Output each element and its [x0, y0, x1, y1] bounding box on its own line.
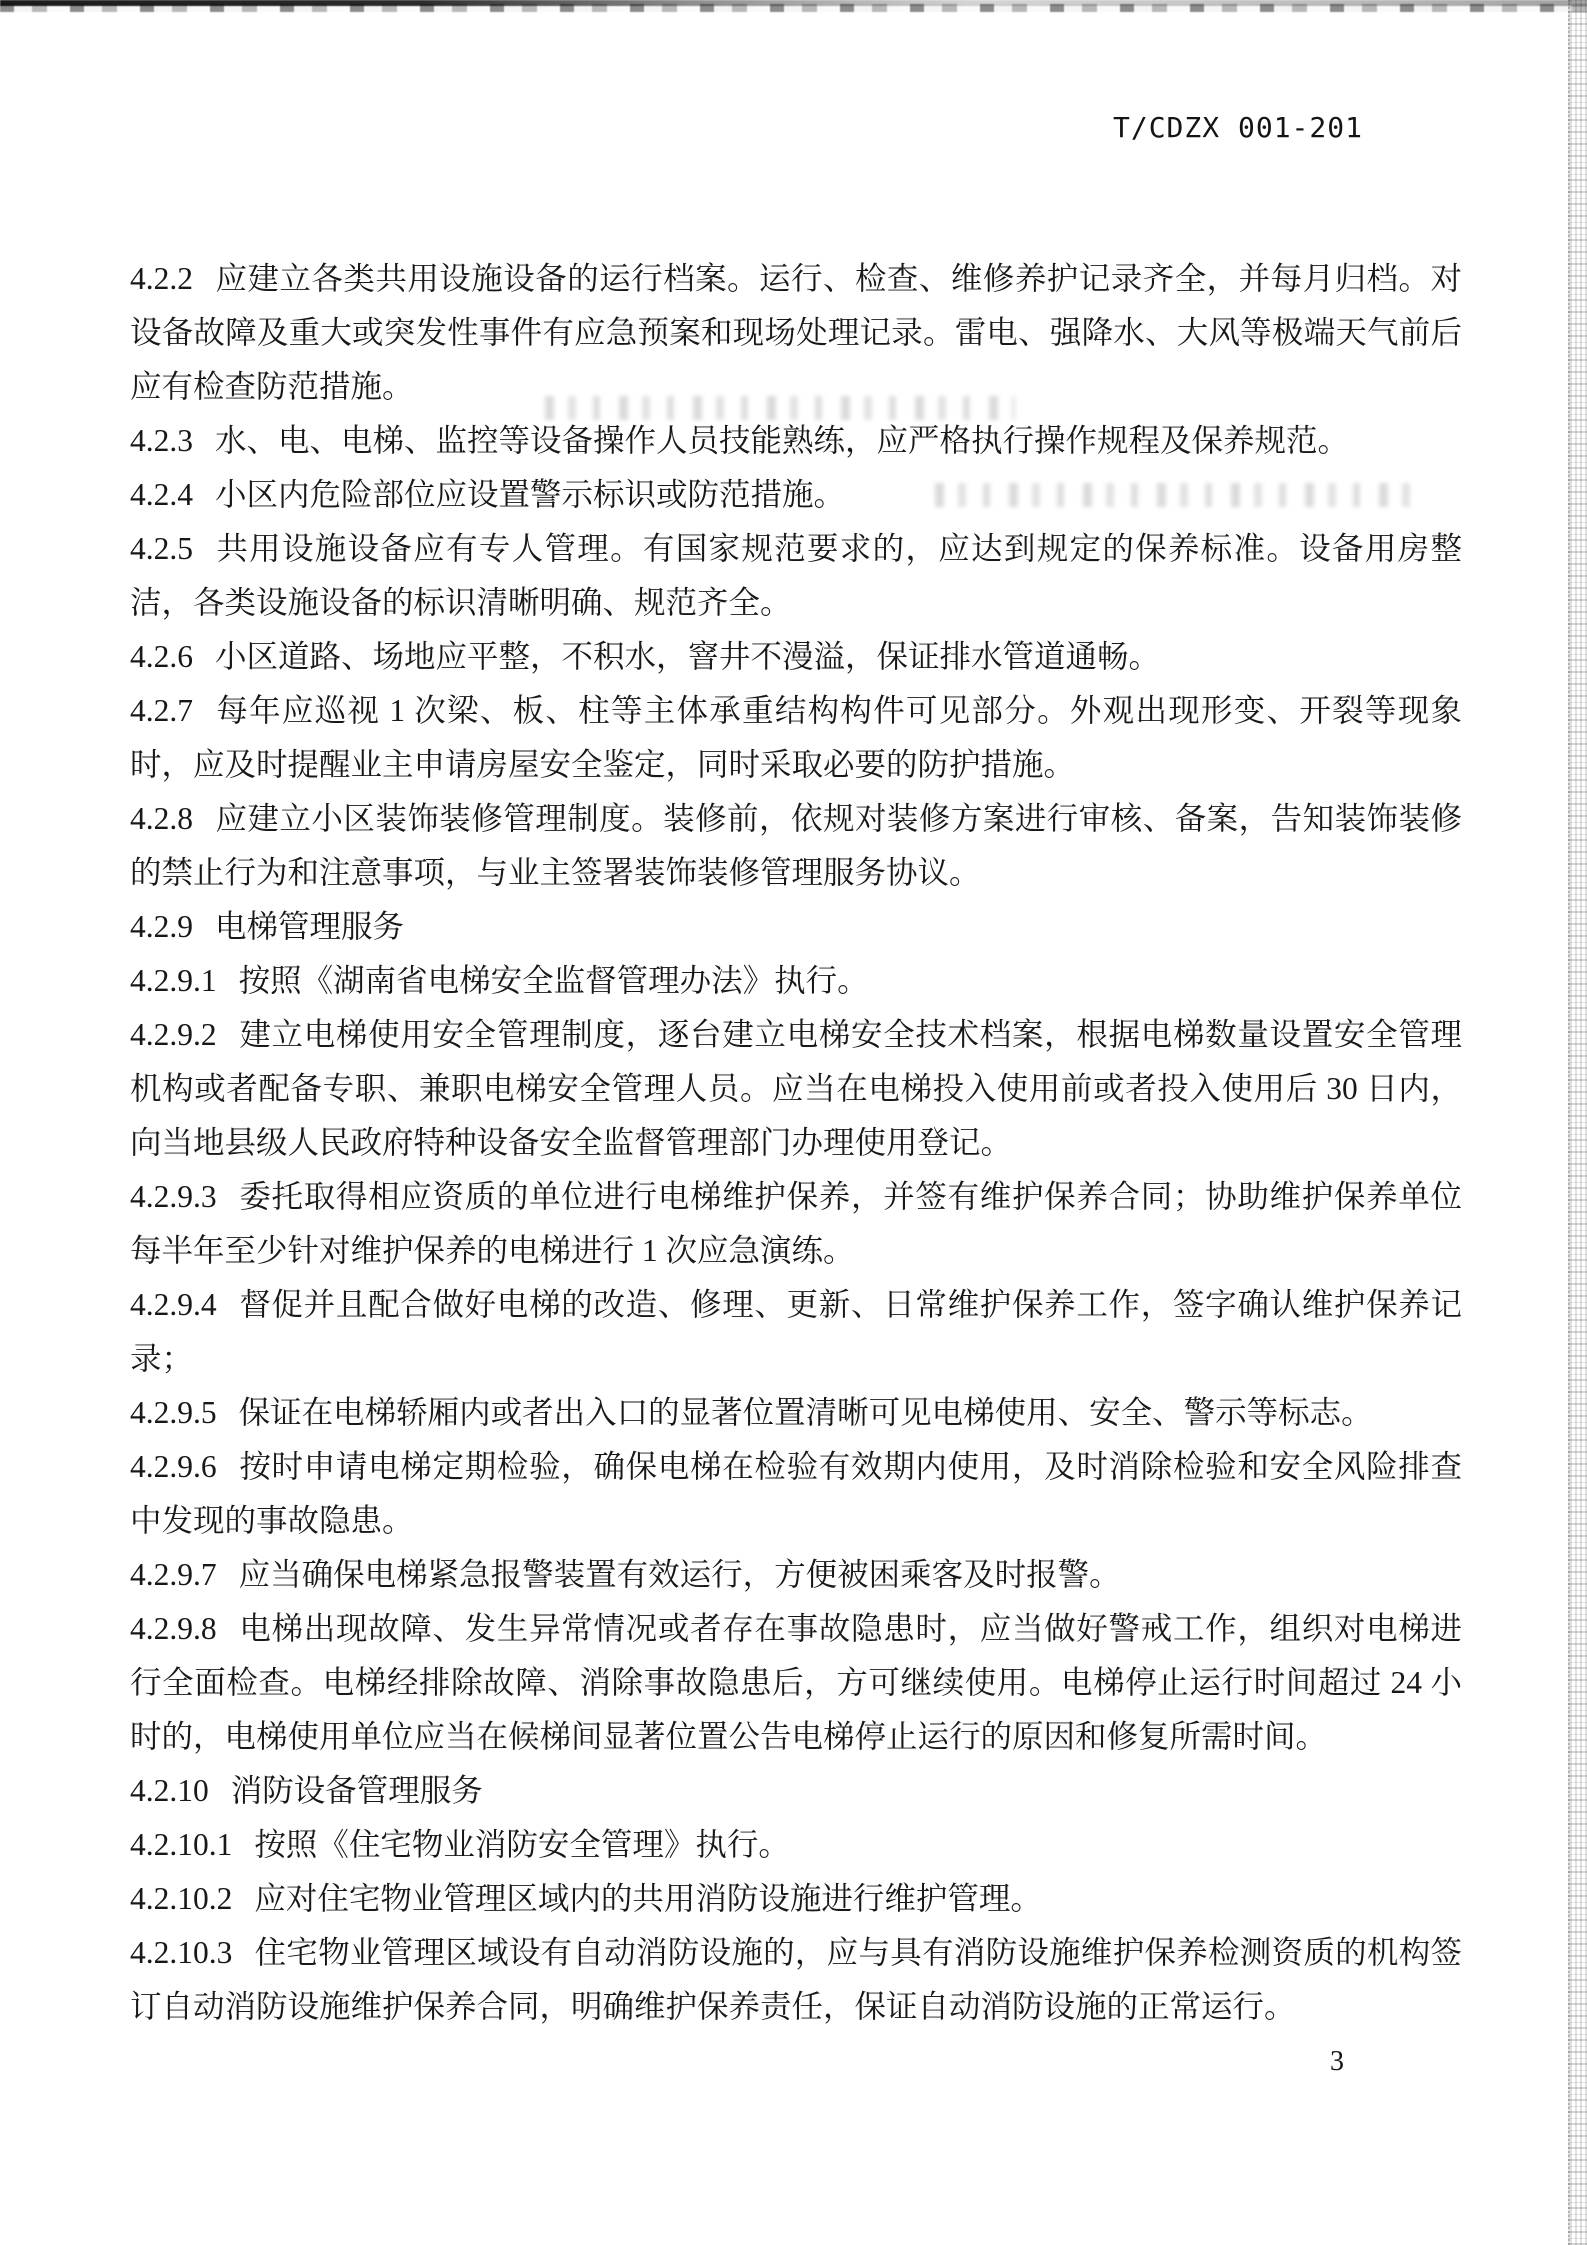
clause-number: 4.2.10: [130, 1773, 209, 1808]
clause-number: 4.2.3: [130, 423, 193, 458]
clause-item: 4.2.9.8电梯出现故障、发生异常情况或者存在事故隐患时，应当做好警戒工作，组…: [130, 1602, 1462, 1764]
clause-item: 4.2.9.1按照《湖南省电梯安全监督管理办法》执行。: [130, 954, 1462, 1008]
clause-number: 4.2.9: [130, 909, 193, 944]
clause-item: 4.2.9.4督促并且配合做好电梯的改造、修理、更新、日常维护保养工作，签字确认…: [130, 1278, 1462, 1386]
clause-text: 应建立各类共用设施设备的运行档案。运行、检查、维修养护记录齐全，并每月归档。对设…: [130, 261, 1462, 404]
clause-item: 4.2.7每年应巡视 1 次梁、板、柱等主体承重结构构件可见部分。外观出现形变、…: [130, 684, 1462, 792]
clause-text: 建立电梯使用安全管理制度，逐台建立电梯安全技术档案，根据电梯数量设置安全管理机构…: [130, 1017, 1462, 1160]
clause-item: 4.2.10.1按照《住宅物业消防安全管理》执行。: [130, 1818, 1462, 1872]
clause-number: 4.2.9.8: [130, 1611, 217, 1646]
document-header: T/CDZX 001-201: [0, 111, 1363, 144]
clause-number: 4.2.10.2: [130, 1881, 232, 1916]
clause-text: 小区道路、场地应平整，不积水，窨井不漫溢，保证排水管道通畅。: [215, 639, 1160, 674]
clause-text: 应对住宅物业管理区域内的共用消防设施进行维护管理。: [254, 1881, 1042, 1916]
clause-number: 4.2.9.2: [130, 1017, 217, 1052]
clause-item: 4.2.3水、电、电梯、监控等设备操作人员技能熟练，应严格执行操作规程及保养规范…: [130, 414, 1462, 468]
clause-item: 4.2.9.5保证在电梯轿厢内或者出入口的显著位置清晰可见电梯使用、安全、警示等…: [130, 1386, 1462, 1440]
clause-text: 住宅物业管理区域设有自动消防设施的，应与具有消防设施维护保养检测资质的机构签订自…: [130, 1935, 1462, 2024]
clause-item: 4.2.9.6按时申请电梯定期检验，确保电梯在检验有效期内使用，及时消除检验和安…: [130, 1440, 1462, 1548]
clause-text: 小区内危险部位应设置警示标识或防范措施。: [215, 477, 845, 512]
scan-ghost-smudge: [935, 483, 1425, 507]
clause-item: 4.2.8应建立小区装饰装修管理制度。装修前，依规对装修方案进行审核、备案，告知…: [130, 792, 1462, 900]
clause-item: 4.2.9.3委托取得相应资质的单位进行电梯维护保养，并签有维护保养合同；协助维…: [130, 1170, 1462, 1278]
clause-number: 4.2.4: [130, 477, 193, 512]
clause-number: 4.2.9.6: [130, 1449, 217, 1484]
clause-item: 4.2.10.2应对住宅物业管理区域内的共用消防设施进行维护管理。: [130, 1872, 1462, 1926]
clause-number: 4.2.9.3: [130, 1179, 217, 1214]
clause-number: 4.2.9.5: [130, 1395, 217, 1430]
clause-text: 应建立小区装饰装修管理制度。装修前，依规对装修方案进行审核、备案，告知装饰装修的…: [130, 801, 1462, 890]
clause-text: 电梯管理服务: [215, 909, 404, 944]
clause-number: 4.2.9.7: [130, 1557, 217, 1592]
scan-noise-right-edge: [1568, 0, 1587, 2245]
clause-item: 4.2.9.7应当确保电梯紧急报警装置有效运行，方便被困乘客及时报警。: [130, 1548, 1462, 1602]
clause-number: 4.2.8: [130, 801, 193, 836]
clause-text: 按时申请电梯定期检验，确保电梯在检验有效期内使用，及时消除检验和安全风险排查中发…: [130, 1449, 1462, 1538]
clause-item: 4.2.9电梯管理服务: [130, 900, 1462, 954]
clause-text: 应当确保电梯紧急报警装置有效运行，方便被困乘客及时报警。: [239, 1557, 1121, 1592]
clause-text: 按照《湖南省电梯安全监督管理办法》执行。: [239, 963, 869, 998]
scan-noise-top-edge: [0, 0, 1587, 13]
standard-code: T/CDZX 001-201: [1113, 111, 1363, 144]
clause-text: 电梯出现故障、发生异常情况或者存在事故隐患时，应当做好警戒工作，组织对电梯进行全…: [130, 1611, 1462, 1754]
clause-number: 4.2.10.3: [130, 1935, 232, 1970]
document-body: 4.2.2应建立各类共用设施设备的运行档案。运行、检查、维修养护记录齐全，并每月…: [130, 252, 1462, 2034]
clause-number: 4.2.7: [130, 693, 193, 728]
clause-text: 按照《住宅物业消防安全管理》执行。: [254, 1827, 790, 1862]
clause-text: 每年应巡视 1 次梁、板、柱等主体承重结构构件可见部分。外观出现形变、开裂等现象…: [130, 693, 1462, 782]
clause-number: 4.2.5: [130, 531, 193, 566]
page-number: 3: [1330, 2046, 1344, 2077]
clause-text: 委托取得相应资质的单位进行电梯维护保养，并签有维护保养合同；协助维护保养单位每半…: [130, 1179, 1462, 1268]
clause-item: 4.2.6小区道路、场地应平整，不积水，窨井不漫溢，保证排水管道通畅。: [130, 630, 1462, 684]
clause-item: 4.2.10消防设备管理服务: [130, 1764, 1462, 1818]
page-footer: 3: [0, 2046, 1344, 2078]
clause-text: 共用设施设备应有专人管理。有国家规范要求的，应达到规定的保养标准。设备用房整洁，…: [130, 531, 1462, 620]
clause-item: 4.2.9.2建立电梯使用安全管理制度，逐台建立电梯安全技术档案，根据电梯数量设…: [130, 1008, 1462, 1170]
clause-number: 4.2.9.1: [130, 963, 217, 998]
clause-text: 督促并且配合做好电梯的改造、修理、更新、日常维护保养工作，签字确认维护保养记录；: [130, 1287, 1462, 1376]
clause-text: 水、电、电梯、监控等设备操作人员技能熟练，应严格执行操作规程及保养规范。: [215, 423, 1349, 458]
clause-item: 4.2.10.3住宅物业管理区域设有自动消防设施的，应与具有消防设施维护保养检测…: [130, 1926, 1462, 2034]
clause-number: 4.2.6: [130, 639, 193, 674]
clause-text: 消防设备管理服务: [231, 1773, 483, 1808]
scan-ghost-smudge: [545, 396, 1015, 420]
clause-text: 保证在电梯轿厢内或者出入口的显著位置清晰可见电梯使用、安全、警示等标志。: [239, 1395, 1373, 1430]
clause-number: 4.2.9.4: [130, 1287, 217, 1322]
clause-item: 4.2.2应建立各类共用设施设备的运行档案。运行、检查、维修养护记录齐全，并每月…: [130, 252, 1462, 414]
document-page: T/CDZX 001-201 4.2.2应建立各类共用设施设备的运行档案。运行、…: [0, 0, 1587, 2245]
clause-number: 4.2.10.1: [130, 1827, 232, 1862]
clause-number: 4.2.2: [130, 261, 193, 296]
clause-item: 4.2.5共用设施设备应有专人管理。有国家规范要求的，应达到规定的保养标准。设备…: [130, 522, 1462, 630]
